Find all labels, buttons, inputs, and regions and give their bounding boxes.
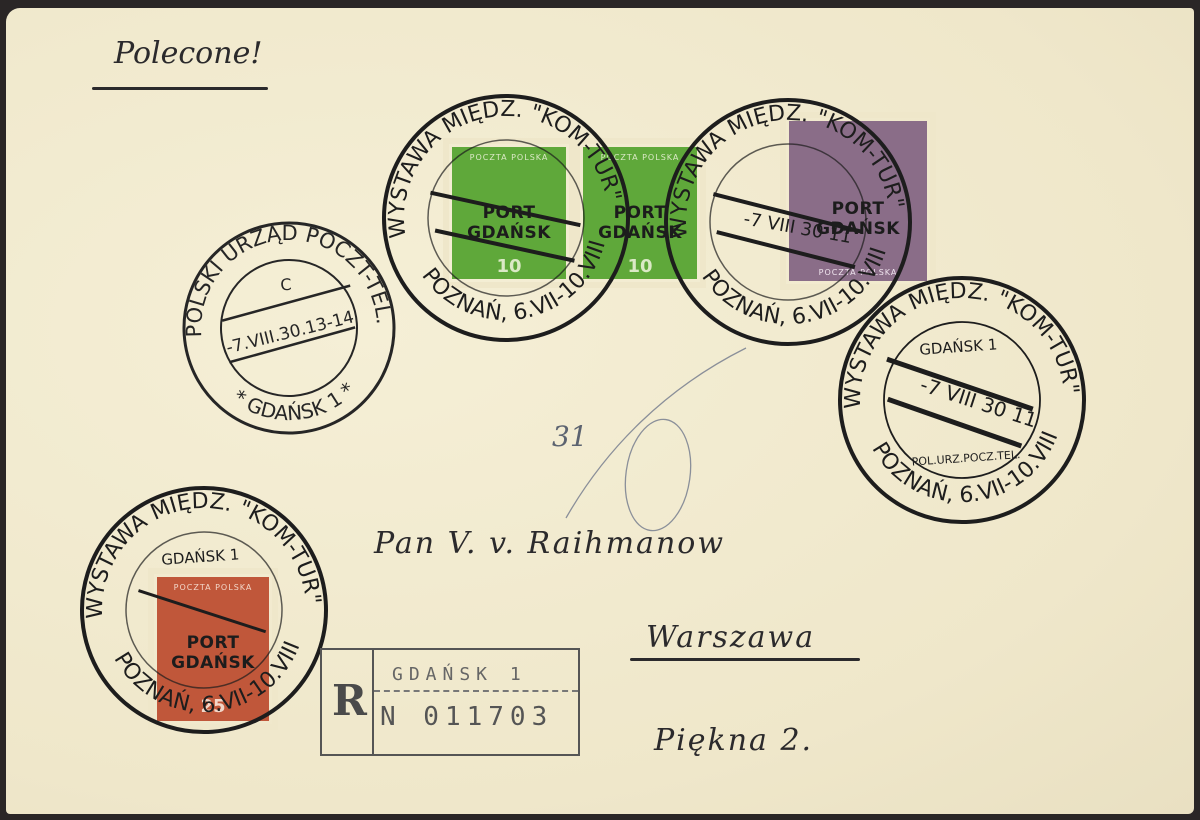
envelope: Polecone! POCZTA POLSKA PORTGDAŃSK 10 PO… <box>6 8 1194 814</box>
registration-number: N 011703 <box>380 702 553 732</box>
svg-text:GDAŃSK 1: GDAŃSK 1 <box>919 334 998 358</box>
svg-text:C: C <box>280 275 292 295</box>
address-city: Warszawa <box>646 620 815 655</box>
svg-text:GDAŃSK 1: GDAŃSK 1 <box>161 544 240 568</box>
registration-label: R GDAŃSK 1 N 011703 <box>320 648 580 756</box>
pencil-note: 31 <box>552 420 588 453</box>
postmark-exhibition-1: * WYSTAWA MIĘDZ. "KOM-TUR" * POZNAŃ, 6.V… <box>365 77 648 360</box>
address-name: Pan V. v. Raihmanow <box>374 526 725 561</box>
svg-text:* GDAŃSK 1 *: * GDAŃSK 1 * <box>227 376 361 429</box>
address-street: Piękna 2. <box>654 723 813 758</box>
svg-text:* WYSTAWA MIĘDZ. "KOM-TUR" *: * WYSTAWA MIĘDZ. "KOM-TUR" * <box>365 78 626 245</box>
svg-text:-7 VIII 30 11: -7 VIII 30 11 <box>917 372 1040 432</box>
registration-letter: R <box>332 676 367 725</box>
pencil-stroke <box>566 348 746 518</box>
postmark-office: POLSKI URZĄD POCZT-TEL. * GDAŃSK 1 * C -… <box>175 213 403 440</box>
registration-office: GDAŃSK 1 <box>392 664 527 685</box>
postmarks-layer: * WYSTAWA MIĘDZ. "KOM-TUR" * POZNAŃ, 6.V… <box>6 8 1194 814</box>
address-city-underline <box>630 658 860 661</box>
postmark-exhibition-4: * WYSTAWA MIĘDZ. "KOM-TUR" * POZNAŃ, 6.V… <box>74 480 334 740</box>
